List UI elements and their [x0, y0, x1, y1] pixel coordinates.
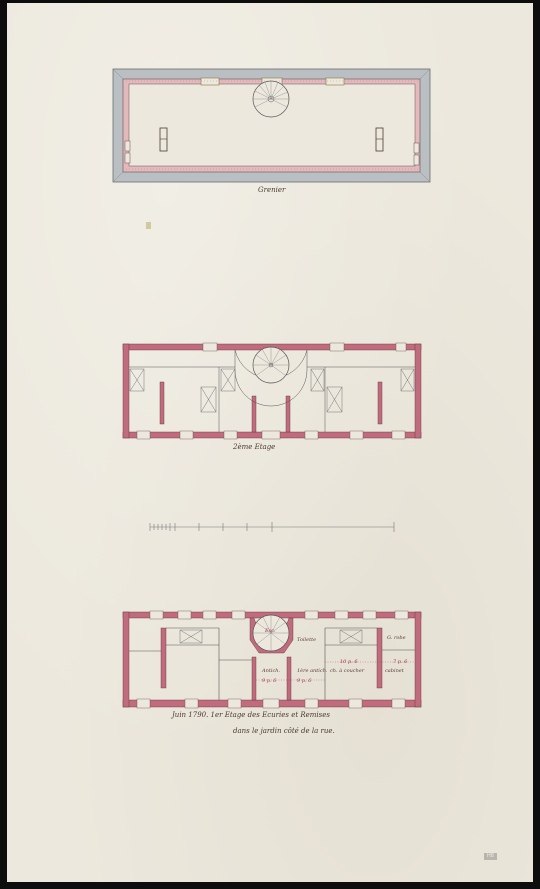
room-label-garde-robe: G. robe	[387, 635, 406, 641]
room-label-cabinet: cabinet	[385, 668, 404, 674]
room-label-premiere-antichambre: 1ère antich.	[297, 668, 328, 674]
room-label-toilette: Toilette	[297, 637, 316, 643]
room-label-antichambre: Antich.	[262, 668, 280, 674]
dimension-label: 10 p. 6	[340, 659, 358, 665]
first-floor-caption-line2: dans le jardin côté de la rue.	[233, 727, 335, 735]
room-label-stair: Esc.	[265, 628, 276, 634]
dimension-label: 9 p. 6	[297, 678, 311, 684]
room-label-chambre: ch. à coucher	[330, 668, 364, 674]
first-floor-caption-line1: Juin 1790. 1er Etage des Ecuries et Remi…	[172, 711, 330, 719]
dimension-label: 7 p. 6	[393, 659, 407, 665]
first-floor-plan	[0, 0, 540, 889]
catalog-stamp: H8	[484, 853, 497, 860]
dimension-label: 9 p. 6	[262, 678, 276, 684]
